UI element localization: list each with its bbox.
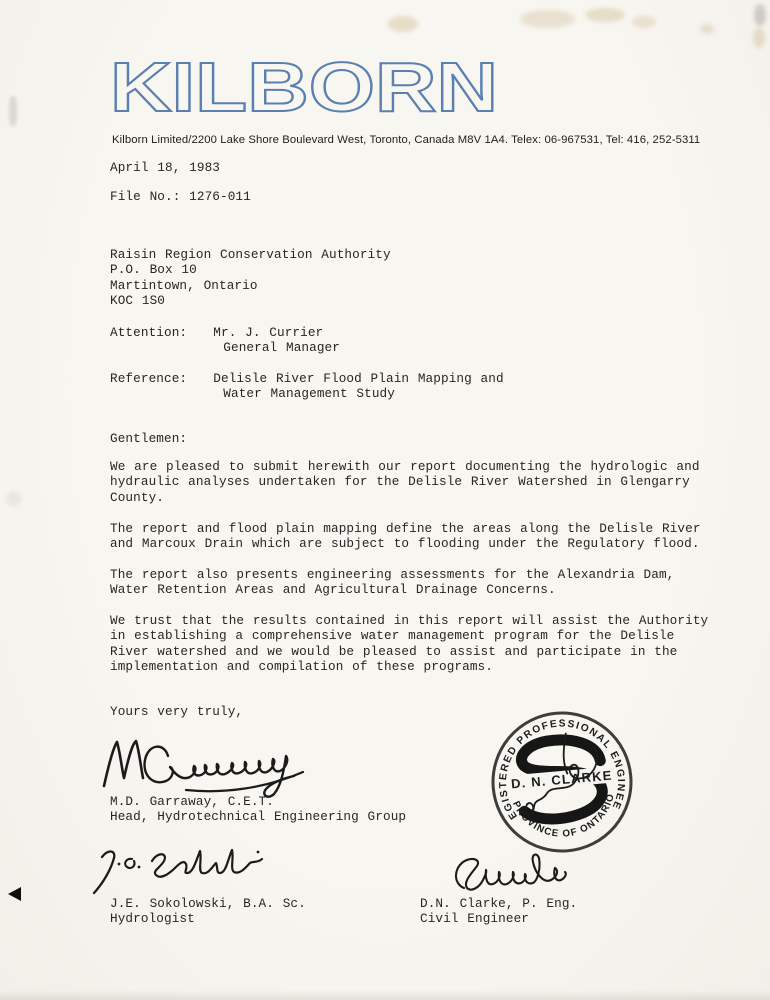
scan-stain	[6, 492, 22, 506]
scan-stain	[754, 4, 766, 26]
body-paragraph-1: We are pleased to submit herewith our re…	[110, 459, 700, 505]
scan-stain	[388, 16, 418, 32]
clarke-signature-image	[448, 852, 573, 902]
kilborn-logo-text: KILBORN	[110, 56, 498, 118]
scan-stain	[632, 16, 656, 28]
scan-smudge	[9, 96, 17, 126]
letter-date: April 18, 1983	[110, 160, 220, 175]
letterhead-address: Kilborn Limited/2200 Lake Shore Boulevar…	[112, 134, 700, 146]
scan-mark-triangle	[8, 887, 21, 901]
garraway-signature-image	[98, 732, 313, 800]
closing-line: Yours very truly,	[110, 704, 243, 719]
sokolowski-signature-image	[92, 845, 272, 900]
engineer-stamp: REGISTERED PROFESSIONAL ENGINEER PROVINC…	[486, 706, 638, 858]
body-paragraph-2: The report and flood plain mapping defin…	[110, 521, 701, 552]
scan-stain	[585, 8, 625, 22]
file-number: File No.: 1276-011	[110, 189, 251, 204]
body-paragraph-4: We trust that the results contained in t…	[110, 613, 708, 674]
reference-block: Reference: Delisle River Flood Plain Map…	[110, 371, 504, 402]
attention-block: Attention: Mr. J. Currier General Manage…	[110, 325, 340, 356]
body-paragraph-3: The report also presents engineering ass…	[110, 567, 674, 598]
letter-page: KILBORN Kilborn Limited/2200 Lake Shore …	[0, 0, 770, 1000]
scan-stain	[700, 24, 714, 34]
kilborn-logo: KILBORN	[106, 56, 502, 118]
scan-stain	[520, 10, 575, 28]
garraway-name-title: M.D. Garraway, C.E.T. Head, Hydrotechnic…	[110, 794, 406, 825]
recipient-address: Raisin Region Conservation Authority P.O…	[110, 247, 391, 308]
sokolowski-name-title: J.E. Sokolowski, B.A. Sc. Hydrologist	[110, 896, 306, 927]
scan-stain	[753, 28, 765, 48]
salutation: Gentlemen:	[110, 431, 187, 446]
clarke-name-title: D.N. Clarke, P. Eng. Civil Engineer	[420, 896, 577, 927]
